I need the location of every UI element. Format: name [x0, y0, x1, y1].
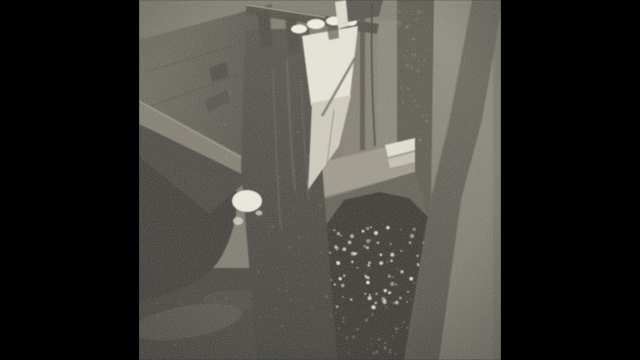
letterbox-left [0, 0, 139, 360]
video-frame [0, 0, 640, 360]
alley-photo-svg [139, 0, 501, 360]
photo [139, 0, 501, 360]
film-grain [139, 0, 501, 360]
letterbox-right [501, 0, 640, 360]
